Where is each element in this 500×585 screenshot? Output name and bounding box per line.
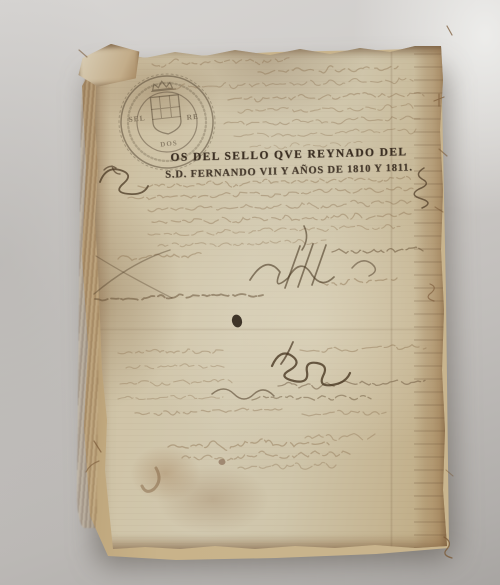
horizontal-crease [85, 328, 450, 331]
vertical-crease [390, 40, 393, 556]
manuscript-front-page [85, 40, 450, 556]
photograph: SEL RE DOS OS DEL SELLO QVE REYNADO DEL … [0, 0, 500, 585]
